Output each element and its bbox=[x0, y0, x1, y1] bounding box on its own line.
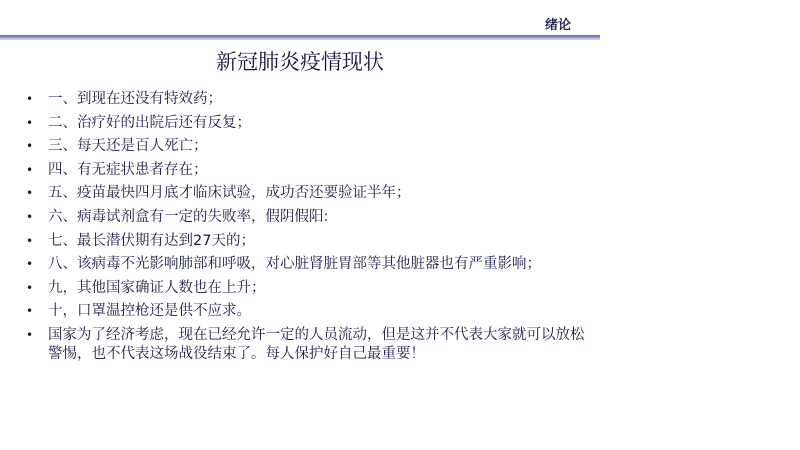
bullet-dot-icon: • bbox=[26, 279, 33, 298]
bullet-dot-icon: • bbox=[26, 255, 33, 274]
bullet-dot-icon: • bbox=[26, 90, 33, 109]
bullet-item: •三、每天还是百人死亡； bbox=[22, 137, 592, 156]
bullet-text: 七、最长潜伏期有达到27天的； bbox=[48, 233, 255, 249]
bullet-list: •一、到现在还没有特效药； •二、治疗好的出院后还有反复； •三、每天还是百人死… bbox=[22, 90, 592, 369]
bullet-text: 五、疫苗最快四月底才临床试验，成功否还要验证半年； bbox=[48, 185, 411, 201]
bullet-item: •七、最长潜伏期有达到27天的； bbox=[22, 232, 592, 251]
bullet-text: 八、该病毒不光影响肺部和呼吸，对心脏肾脏胃部等其他脏器也有严重影响； bbox=[48, 256, 541, 272]
bullet-item: •一、到现在还没有特效药； bbox=[22, 90, 592, 109]
bullet-text: 六、病毒试剂盒有一定的失败率，假阴假阳: bbox=[48, 209, 328, 225]
bullet-item: •国家为了经济考虑，现在已经允许一定的人员流动，但是这并不代表大家就可以放松警惕… bbox=[22, 326, 592, 364]
bullet-dot-icon: • bbox=[26, 302, 33, 321]
header-divider-shadow bbox=[0, 38, 600, 40]
bullet-dot-icon: • bbox=[26, 326, 33, 345]
bullet-item: •四、有无症状患者存在； bbox=[22, 161, 592, 180]
bullet-item: •八、该病毒不光影响肺部和呼吸，对心脏肾脏胃部等其他脏器也有严重影响； bbox=[22, 255, 592, 274]
bullet-dot-icon: • bbox=[26, 114, 33, 133]
bullet-text: 三、每天还是百人死亡； bbox=[48, 138, 208, 154]
bullet-dot-icon: • bbox=[26, 161, 33, 180]
bullet-item: •九，其他国家确证人数也在上升； bbox=[22, 279, 592, 298]
slide-title: 新冠肺炎疫情现状 bbox=[0, 46, 600, 76]
bullet-dot-icon: • bbox=[26, 184, 33, 203]
bullet-text: 九，其他国家确证人数也在上升； bbox=[48, 280, 266, 296]
bullet-text: 一、到现在还没有特效药； bbox=[48, 91, 222, 107]
bullet-dot-icon: • bbox=[26, 208, 33, 227]
bullet-item: •六、病毒试剂盒有一定的失败率，假阴假阳: bbox=[22, 208, 592, 227]
bullet-dot-icon: • bbox=[26, 137, 33, 156]
bullet-text: 国家为了经济考虑，现在已经允许一定的人员流动，但是这并不代表大家就可以放松警惕，… bbox=[48, 327, 585, 362]
bullet-item: •十，口罩温控枪还是供不应求。 bbox=[22, 302, 592, 321]
bullet-dot-icon: • bbox=[26, 232, 33, 251]
bullet-item: •五、疫苗最快四月底才临床试验，成功否还要验证半年； bbox=[22, 184, 592, 203]
section-label: 绪论 bbox=[545, 14, 571, 33]
bullet-text: 二、治疗好的出院后还有反复； bbox=[48, 115, 251, 131]
bullet-text: 四、有无症状患者存在； bbox=[48, 162, 208, 178]
bullet-item: •二、治疗好的出院后还有反复； bbox=[22, 114, 592, 133]
bullet-text: 十，口罩温控枪还是供不应求。 bbox=[48, 303, 251, 319]
